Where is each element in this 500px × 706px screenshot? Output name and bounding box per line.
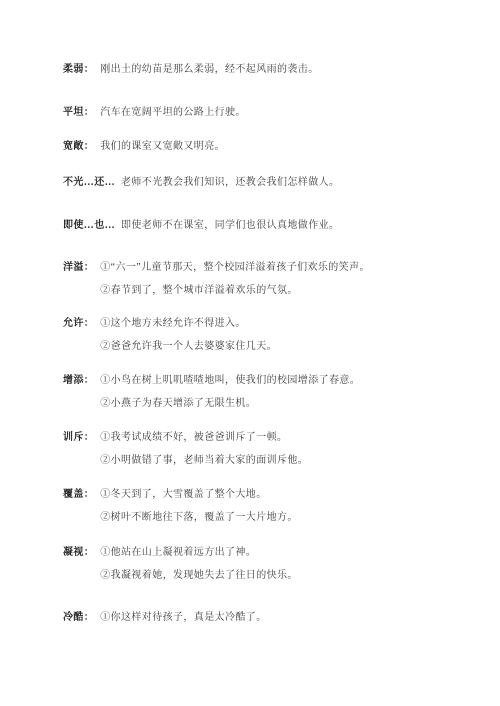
entry-term: 洋溢：: [63, 256, 94, 279]
vocabulary-entry: 训斥： ①我考试成绩不好，被爸爸训斥了一顿。②小明做错了事，老师当着大家的面训斥…: [63, 426, 464, 472]
entry-sentences: ①小鸟在树上叽叽喳喳地叫，使我们的校园增添了春意。②小燕子为春天增添了无限生机。: [100, 369, 464, 415]
entry-sentences: ①他站在山上凝视着远方出了神。②我凝视着她，发现她失去了往日的快乐。: [100, 541, 464, 587]
vocabulary-entry: 柔弱： 刚出土的幼苗是那么柔弱，经不起风雨的袭击。: [63, 58, 464, 81]
vocabulary-entry: 增添： ①小鸟在树上叽叽喳喳地叫，使我们的校园增添了春意。②小燕子为春天增添了无…: [63, 369, 464, 415]
entry-line: ①“六一”儿童节那天，整个校园洋溢着孩子们欢乐的笑声。: [100, 256, 464, 279]
entry-sentences: ①我考试成绩不好，被爸爸训斥了一顿。②小明做错了事，老师当着大家的面训斥他。: [100, 426, 464, 472]
entry-line: ②春节到了，整个城市洋溢着欢乐的气氛。: [100, 279, 464, 302]
vocabulary-entry: 凝视： ①他站在山上凝视着远方出了神。②我凝视着她，发现她失去了往日的快乐。: [63, 541, 464, 587]
entry-list: 柔弱： 刚出土的幼苗是那么柔弱，经不起风雨的袭击。 平坦： 汽车在宽阔平坦的公路…: [63, 58, 464, 629]
entry-sentences: ①你这样对待孩子，真是太冷酷了。: [100, 606, 464, 629]
entry-line: 即使老师不在课室，同学们也很认真地做作业。: [121, 214, 464, 237]
vocabulary-entry: 允许： ①这个地方未经允许不得进入。②爸爸允许我一个人去婆婆家住几天。: [63, 312, 464, 358]
entry-line: 老师不光教会我们知识，还教会我们怎样做人。: [121, 171, 464, 194]
entry-line: ①他站在山上凝视着远方出了神。: [100, 541, 464, 564]
entry-line: ②我凝视着她，发现她失去了往日的快乐。: [100, 564, 464, 587]
vocabulary-entry: 洋溢： ①“六一”儿童节那天，整个校园洋溢着孩子们欢乐的笑声。②春节到了，整个城…: [63, 256, 464, 302]
entry-sentences: 老师不光教会我们知识，还教会我们怎样做人。: [121, 171, 464, 194]
entry-term: 不光…还…: [63, 171, 115, 194]
entry-term: 覆盖：: [63, 483, 94, 506]
vocabulary-entry: 平坦： 汽车在宽阔平坦的公路上行驶。: [63, 101, 464, 124]
vocabulary-entry: 宽敞： 我们的课室又宽敞又明亮。: [63, 135, 464, 158]
vocabulary-entry: 覆盖： ①冬天到了，大雪覆盖了整个大地。②树叶不断地往下落，覆盖了一大片地方。: [63, 483, 464, 529]
vocabulary-entry: 不光…还… 老师不光教会我们知识，还教会我们怎样做人。: [63, 171, 464, 194]
entry-line: ②小燕子为春天增添了无限生机。: [100, 392, 464, 415]
entry-line: ①我考试成绩不好，被爸爸训斥了一顿。: [100, 426, 464, 449]
entry-line: ②爸爸允许我一个人去婆婆家住几天。: [100, 335, 464, 358]
entry-term: 允许：: [63, 312, 94, 335]
entry-term: 柔弱：: [63, 58, 94, 81]
document-page: 柔弱： 刚出土的幼苗是那么柔弱，经不起风雨的袭击。 平坦： 汽车在宽阔平坦的公路…: [0, 0, 500, 706]
entry-term: 宽敞：: [63, 135, 94, 158]
entry-line: ①这个地方未经允许不得进入。: [100, 312, 464, 335]
entry-term: 增添：: [63, 369, 94, 392]
entry-term: 凝视：: [63, 541, 94, 564]
entry-term: 冷酷：: [63, 606, 94, 629]
entry-line: ②树叶不断地往下落，覆盖了一大片地方。: [100, 506, 464, 529]
entry-line: ②小明做错了事，老师当着大家的面训斥他。: [100, 449, 464, 472]
entry-line: ①冬天到了，大雪覆盖了整个大地。: [100, 483, 464, 506]
entry-sentences: 汽车在宽阔平坦的公路上行驶。: [100, 101, 464, 124]
entry-sentences: 我们的课室又宽敞又明亮。: [100, 135, 464, 158]
entry-line: ①小鸟在树上叽叽喳喳地叫，使我们的校园增添了春意。: [100, 369, 464, 392]
entry-sentences: ①“六一”儿童节那天，整个校园洋溢着孩子们欢乐的笑声。②春节到了，整个城市洋溢着…: [100, 256, 464, 302]
entry-line: 刚出土的幼苗是那么柔弱，经不起风雨的袭击。: [100, 58, 464, 81]
vocabulary-entry: 冷酷： ①你这样对待孩子，真是太冷酷了。: [63, 606, 464, 629]
entry-sentences: 刚出土的幼苗是那么柔弱，经不起风雨的袭击。: [100, 58, 464, 81]
entry-term: 即使…也…: [63, 214, 115, 237]
entry-sentences: ①这个地方未经允许不得进入。②爸爸允许我一个人去婆婆家住几天。: [100, 312, 464, 358]
entry-sentences: 即使老师不在课室，同学们也很认真地做作业。: [121, 214, 464, 237]
entry-line: ①你这样对待孩子，真是太冷酷了。: [100, 606, 464, 629]
entry-term: 训斥：: [63, 426, 94, 449]
entry-line: 我们的课室又宽敞又明亮。: [100, 135, 464, 158]
vocabulary-entry: 即使…也… 即使老师不在课室，同学们也很认真地做作业。: [63, 214, 464, 237]
entry-line: 汽车在宽阔平坦的公路上行驶。: [100, 101, 464, 124]
entry-sentences: ①冬天到了，大雪覆盖了整个大地。②树叶不断地往下落，覆盖了一大片地方。: [100, 483, 464, 529]
entry-term: 平坦：: [63, 101, 94, 124]
